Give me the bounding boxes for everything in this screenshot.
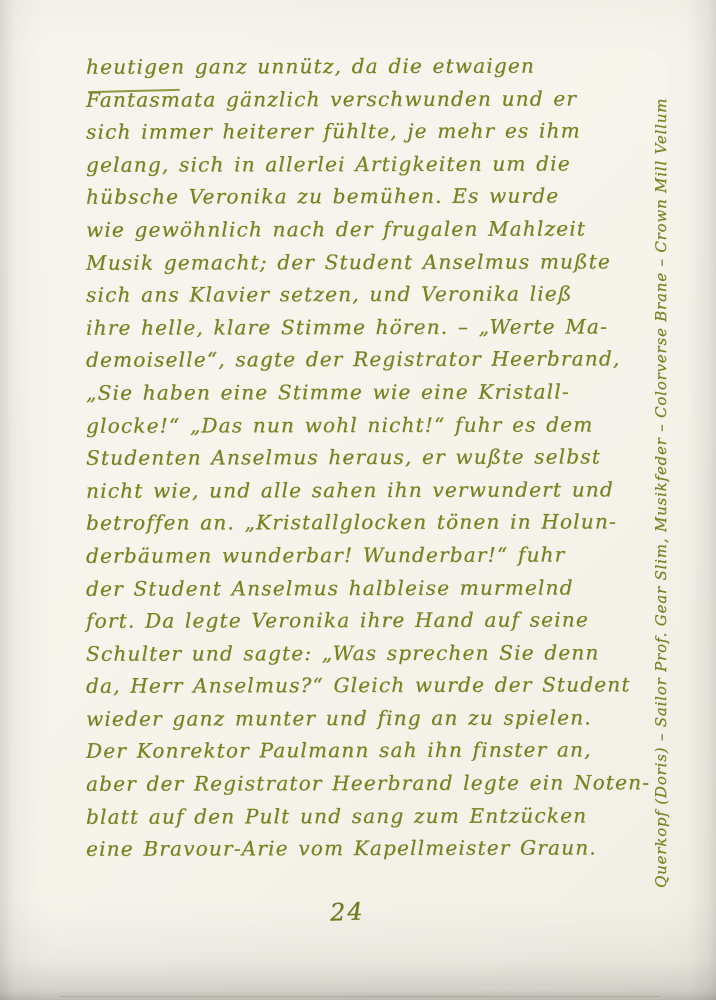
handwritten-line: Schulter und sagte: „Was sprechen Sie de… xyxy=(86,636,646,670)
handwritten-line: gelang, sich in allerlei Artigkeiten um … xyxy=(86,147,646,181)
handwritten-line: Studenten Anselmus heraus, er wußte selb… xyxy=(86,440,646,474)
handwritten-line: demoiselle“, sagte der Registrator Heerb… xyxy=(86,343,646,377)
handwritten-line: Musik gemacht; der Student Anselmus mußt… xyxy=(86,245,646,279)
handwritten-line: Fantasmata gänzlich verschwunden und er xyxy=(86,82,646,116)
handwritten-line: eine Bravour-Arie vom Kapellmeister Grau… xyxy=(86,832,646,866)
handwritten-line: „Sie haben eine Stimme wie eine Kristall… xyxy=(86,375,646,409)
handwritten-line: nicht wie, und alle sahen ihn verwundert… xyxy=(86,473,646,507)
handwritten-line: fort. Da legte Veronika ihre Hand auf se… xyxy=(86,603,646,637)
paper-bottom-edge xyxy=(60,996,660,997)
handwritten-line: glocke!“ „Das nun wohl nicht!“ fuhr es d… xyxy=(86,408,646,442)
handwriting-text-block: heutigen ganz unnütz, da die etwaigenFan… xyxy=(86,50,646,865)
handwritten-line: heutigen ganz unnütz, da die etwaigen xyxy=(86,49,646,83)
handwritten-line: derbäumen wunderbar! Wunderbar!“ fuhr xyxy=(86,538,646,572)
handwritten-line: ihre helle, klare Stimme hören. – „Werte… xyxy=(86,310,646,344)
handwritten-line: Der Konrektor Paulmann sah ihn finster a… xyxy=(86,734,646,768)
handwritten-line: wie gewöhnlich nach der frugalen Mahlzei… xyxy=(86,212,646,246)
handwritten-line: blatt auf den Pult und sang zum Entzücke… xyxy=(86,799,646,833)
handwritten-line: da, Herr Anselmus?“ Gleich wurde der Stu… xyxy=(86,669,646,703)
handwritten-line: sich ans Klavier setzen, und Veronika li… xyxy=(86,277,646,311)
handwritten-line: sich immer heiterer fühlte, je mehr es i… xyxy=(86,114,646,148)
handwritten-line: hübsche Veronika zu bemühen. Es wurde xyxy=(86,180,646,214)
page-number: 24 xyxy=(330,897,366,926)
handwritten-line: aber der Registrator Heerbrand legte ein… xyxy=(86,766,646,800)
paper-page: heutigen ganz unnütz, da die etwaigenFan… xyxy=(0,0,716,1000)
handwritten-line: betroffen an. „Kristallglocken tönen in … xyxy=(86,506,646,540)
handwritten-line: der Student Anselmus halbleise murmelnd xyxy=(86,571,646,605)
margin-note: Querkopf (Doris) – Sailor Prof. Gear Sli… xyxy=(652,43,676,888)
handwritten-line: wieder ganz munter und fing an zu spiele… xyxy=(86,701,646,735)
